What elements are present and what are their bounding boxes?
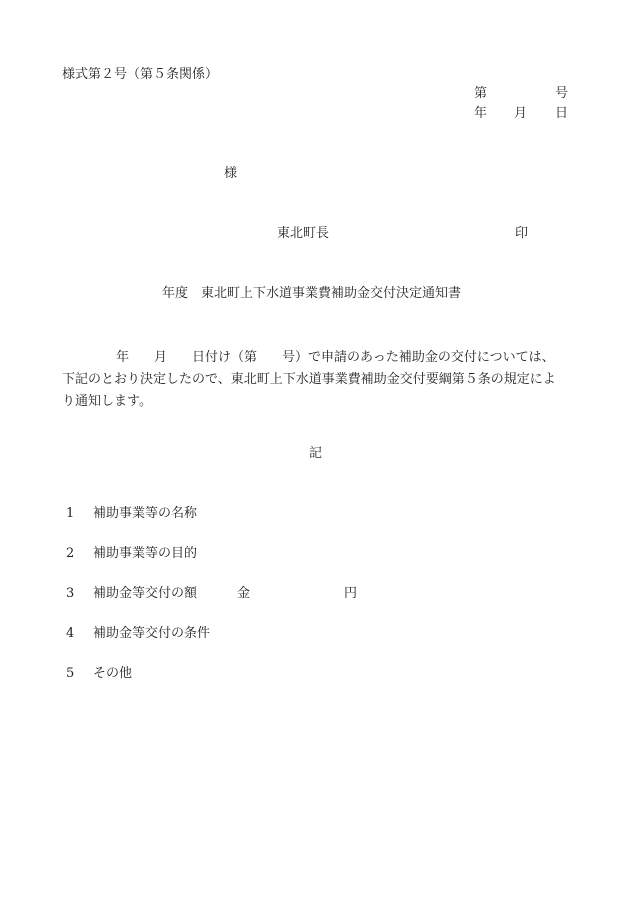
item-label: 補助事業等の名称 (93, 506, 197, 521)
body-year-label: 年 (116, 350, 129, 365)
body-line-1: 年月日付け（第号）で申請のあった補助金の交付については、 (62, 347, 568, 369)
amount-kin-label: 金 (237, 587, 250, 600)
item-number: 2 (66, 547, 93, 560)
item-label: その他 (93, 666, 132, 681)
date-month-label: 月 (514, 107, 527, 120)
body-paragraph: 年月日付け（第号）で申請のあった補助金の交付については、 下記のとおり決定したの… (62, 347, 568, 413)
addressee-suffix: 様 (224, 167, 237, 180)
item-number: 4 (66, 627, 93, 640)
date-day-label: 日 (555, 107, 568, 120)
body-line-2: 下記のとおり決定したので、東北町上下水道事業費補助金交付要綱第５条の規定によ (62, 369, 568, 391)
item-5: 5その他 (66, 667, 132, 680)
ki-heading: 記 (309, 447, 322, 460)
body-date-ref: 日付け（第 (192, 350, 257, 365)
body-month-label: 月 (154, 350, 167, 365)
item-label: 補助事業等の目的 (93, 546, 197, 561)
item-4: 4補助金等交付の条件 (66, 627, 210, 640)
item-label: 補助金等交付の額 (93, 586, 197, 601)
body-number-rest: 号）で申請のあった補助金の交付については、 (282, 350, 555, 365)
number-prefix: 第 (474, 87, 487, 100)
form-label: 様式第２号（第５条関係） (62, 68, 218, 81)
item-1: 1補助事業等の名称 (66, 507, 197, 520)
item-3: 3補助金等交付の額 (66, 587, 197, 600)
item-number: 3 (66, 587, 93, 600)
item-2: 2補助事業等の目的 (66, 547, 197, 560)
item-label: 補助金等交付の条件 (93, 626, 210, 641)
body-line-3: り通知します。 (62, 391, 568, 413)
seal-mark: 印 (515, 227, 528, 240)
document-title: 年度 東北町上下水道事業費補助金交付決定通知書 (162, 287, 461, 300)
number-suffix: 号 (555, 87, 568, 100)
item-number: 1 (66, 507, 93, 520)
date-year-label: 年 (474, 107, 487, 120)
item-number: 5 (66, 667, 93, 680)
amount-yen-label: 円 (344, 587, 357, 600)
issuer-title: 東北町長 (277, 227, 329, 240)
